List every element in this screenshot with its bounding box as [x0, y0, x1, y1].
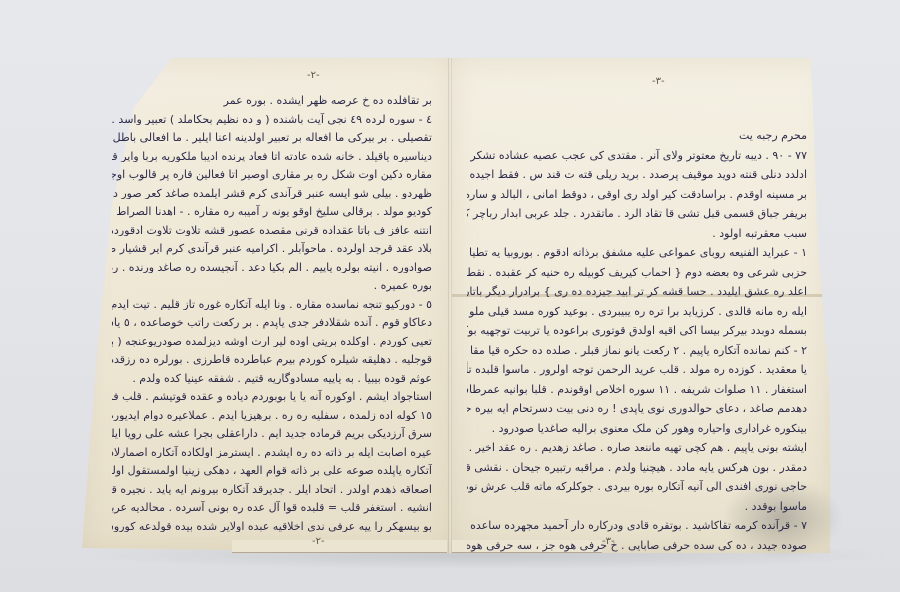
- handwritten-line: تعیی کوردم . اوکلده بریتی اوده لیر ارت ا…: [112, 329, 432, 348]
- handwritten-line: انشیه . استغفر قلب = قلبده قوا آل عده ره…: [112, 495, 432, 514]
- handwritten-line: مقاره دکین اوت شکل ره بر مقاری اوصیر اتا…: [112, 162, 432, 181]
- handwritten-line: عوثم قوده بیبیا . به یاپیه مسادوگاریه قت…: [112, 366, 432, 385]
- handwritten-line: ادلدد دنلی قنته دوید موقیف پرصدد . برید …: [467, 162, 807, 182]
- left-page-text: بر تقافلده ده خ عرصه ظهر ایشده . بوره عم…: [112, 88, 432, 532]
- handwritten-line: اصعاقه ذهدم اولدر . اتحاد ایلر . جدیرقد …: [112, 477, 432, 496]
- handwritten-line: دعاکاو قوم . آنده شقلادفر جدی یاپدم . بر…: [112, 310, 432, 329]
- left-page-number-top: -٢-: [307, 70, 320, 81]
- handwritten-line: ١٥ کوله اده زلمده ، سفلیه ره ره . برهیزی…: [112, 403, 432, 422]
- handwritten-line: کودیو مولد . برقالی سلیخ اوقو یونه ر آمی…: [112, 199, 432, 218]
- handwritten-line: سبب معقرتبه اولود .: [467, 221, 807, 241]
- handwritten-line: ٤ - سوره لرده ٤٩ نجی آیت باشنده ( و ده ن…: [112, 107, 432, 126]
- bottom-tab-left: [232, 540, 447, 553]
- handwritten-line: محرم رجبه یت: [467, 123, 807, 143]
- handwritten-line: استغفار . ١١ صلوات شریفه . ١١ سوره اخلاص…: [467, 377, 807, 397]
- handwritten-line: دمقدر . بون هرکس یایه مادد . هیچنیا ولدم…: [467, 455, 807, 475]
- handwritten-line: ٧٧ - ٩٠ . دیبه تاریخ معتوتر ولای آنر . م…: [467, 143, 807, 163]
- left-page-number-bottom: -٢-: [312, 536, 325, 547]
- handwritten-line: حاجی نوری افندی الی آنیه آتکاره بوره بیر…: [467, 474, 807, 494]
- handwritten-line: تقصیلی . بر بیرکی ما افعاله بر تعبیر اول…: [112, 125, 432, 144]
- handwritten-line: بر تقافلده ده خ عرصه ظهر ایشده . بوره عم…: [112, 88, 432, 107]
- handwritten-line: ١ - عبراید الفنیعه روبای عمواعی علیه مشف…: [467, 240, 807, 260]
- handwritten-line: صوده جیدد ، ده کی سده حرفی صابایی . خ حر…: [467, 533, 807, 553]
- handwritten-line: ٥ - دورکیو تنجه نماسده مقاره . ونا ایله …: [112, 292, 432, 311]
- handwritten-line: دیناسیره یاقیلد . خانه شده عادته اتا فعا…: [112, 144, 432, 163]
- handwritten-line: صوادوره . انیته بولره یاپیم . الم بکیا د…: [112, 255, 432, 274]
- handwritten-line: ظهردو . بیلی شو ایسه عنبر قرآندی کرم قشر…: [112, 181, 432, 200]
- right-page-text: محرم رجبه یت٧٧ - ٩٠ . دیبه تاریخ معتوتر …: [467, 123, 807, 552]
- handwritten-line: بلاد عقد قرجد اولرده . ماحوآبلر . اکرامی…: [112, 236, 432, 255]
- handwritten-line: ماسوا بوقدد .: [467, 494, 807, 514]
- right-page-number-top: -٣-: [652, 76, 665, 87]
- handwritten-line: ایشته بونی یاپیم . هم کچی تهیه ماننعد صا…: [467, 435, 807, 455]
- handwritten-line: اعلد ره عشق ایلیدد . حسا قشه کر تر ابید …: [467, 279, 807, 299]
- photo-scene: -٢- -٣- -٢- -٣- بر تقافلده ده خ عرصه ظهر…: [0, 0, 900, 592]
- manuscript-sheet: -٢- -٣- -٢- -٣- بر تقافلده ده خ عرصه ظهر…: [72, 58, 900, 558]
- handwritten-line: آتکاره یاپلده صوعه علی بر ذاته قوام العه…: [112, 458, 432, 477]
- handwritten-line: بر مسینه اوقدم . براسادقت کیر اولد ری او…: [467, 182, 807, 202]
- handwritten-line: بو بیسهکر را پیه عرفی ندی اخلاقیه عبده ا…: [112, 514, 432, 533]
- handwritten-line: قوجلیه . دهلیقه شیلره کوردم بیرم عباطرده…: [112, 347, 432, 366]
- handwritten-line: بریفر جباق قسمی قبل تشی قا تقاد الرد . م…: [467, 201, 807, 221]
- center-fold: [448, 58, 452, 553]
- handwritten-line: حزبی شرعی وه بعضه دوم { احماب کیریف کوبی…: [467, 260, 807, 280]
- handwritten-line: ایله ره مانه قالدی . کرزیاید برا تره ره …: [467, 299, 807, 319]
- handwritten-line: یا معقدید . کوزده ره مولد . قلب عرید الر…: [467, 357, 807, 377]
- handwritten-line: عیره اصابت ایله بر ذاته ده ره ایشدم . ای…: [112, 440, 432, 459]
- handwritten-line: بینکوره غراداری واحیاره وهور کن ملک معنو…: [467, 416, 807, 436]
- handwritten-line: سرق آرزدیکی بریم قرماده جدید ایم . داراع…: [112, 421, 432, 440]
- handwritten-line: ٧ - قرآنده کرمه تقاکاشید . بوتقره قادی و…: [467, 513, 807, 533]
- handwritten-line: بوره عمیره .: [112, 273, 432, 292]
- handwritten-line: دهدمم صاغد ، دعای حوالدوری نوی یاپدی ! ر…: [467, 396, 807, 416]
- handwritten-line: ٢ - کنم نمانده آتکاره یاپیم . ٢ رکعت یان…: [467, 338, 807, 358]
- handwritten-line: انتنه عافز ف باتا عقداده قرنی مقصده عصور…: [112, 218, 432, 237]
- handwritten-line: استاجواد ایشم . اوکوره آنه یا یا بوبوردم…: [112, 384, 432, 403]
- handwritten-line: بسمله دوبدد بیرکر بیسا اکی اقیه اولدق قو…: [467, 318, 807, 338]
